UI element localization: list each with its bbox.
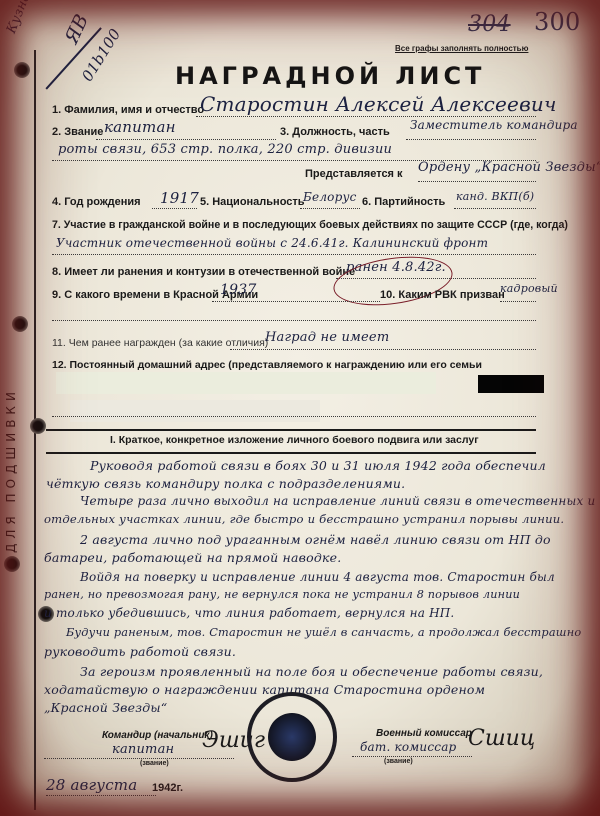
commander-rank: капитан — [112, 742, 174, 757]
nominated-label: Представляется к — [305, 168, 403, 180]
field-rvk-value: кадровый — [500, 282, 558, 295]
narrative-line: ходатайствую о награждении капитана Стар… — [44, 682, 485, 697]
narrative-line: 2 августа лично под ураганным огнём навё… — [80, 532, 551, 547]
narrative-line: Будучи раненым, тов. Старостин не ушёл в… — [66, 626, 581, 639]
blank-line — [52, 320, 536, 321]
narrative-line: отдельных участках линии, где быстро и б… — [44, 512, 564, 526]
field-rank-label: 2. Звание — [52, 126, 103, 138]
narrative-line: Войдя на поверку и исправление линии 4 а… — [80, 570, 555, 584]
punch-hole — [30, 418, 46, 434]
field-address-line — [52, 416, 536, 417]
punch-hole — [4, 556, 20, 572]
regiment-stamp — [247, 692, 337, 782]
field-civil-war-label: 7. Участие в гражданской войне и в после… — [52, 219, 568, 231]
section-divider-bottom — [46, 452, 536, 454]
commissar-label: Военный комиссар — [376, 728, 472, 739]
field-birth-year-value: 1917 — [160, 189, 199, 207]
commissar-rank-line — [352, 756, 472, 757]
fill-instruction: Все графы заполнять полностью — [395, 44, 528, 53]
commissar-signature: Сшиц — [468, 726, 535, 751]
commander-rank-line — [44, 758, 234, 759]
narrative-line: За героизм проявленный на поле боя и обе… — [80, 664, 543, 679]
field-position-label: 3. Должность, часть — [280, 126, 390, 138]
date-day-month: 28 августа — [46, 776, 137, 794]
address-erased-area-2 — [70, 400, 320, 422]
field-name-value: Старостин Алексей Алексеевич — [200, 92, 557, 116]
field-rvk-label: 10. Каким РВК призван — [380, 289, 505, 301]
field-rank-line — [96, 139, 276, 140]
section-heading: I. Краткое, конкретное изложение личного… — [110, 434, 479, 446]
field-address-label: 12. Постоянный домашний адрес (представл… — [52, 359, 482, 371]
field-nationality-label: 5. Национальность — [200, 196, 305, 208]
narrative-line: батареи, работающей на прямой наводке. — [44, 550, 341, 565]
narrative-line: и только убедившись, что линия работает,… — [44, 606, 454, 620]
narrative-line: Руководя работой связи в боях 30 и 31 ию… — [90, 458, 546, 473]
address-erased-area — [56, 372, 436, 394]
field-birth-year-label: 4. Год рождения — [52, 196, 141, 208]
narrative-line: чёткую связь командиру полка с подраздел… — [46, 476, 405, 491]
narrative-line: „Красной Звезды“ — [44, 700, 167, 715]
field-wounds-label: 8. Имеет ли ранения и контузии в отечест… — [52, 266, 355, 278]
field-party-value: канд. ВКП(б) — [456, 190, 534, 203]
field-party-line — [454, 208, 536, 209]
narrative-line: руководить работой связи. — [44, 644, 236, 659]
commissar-rank-caption: (звание) — [384, 758, 413, 765]
nominated-line — [418, 181, 536, 182]
field-nationality-line — [300, 208, 360, 209]
archive-mark-name: Кузнецова — [4, 0, 46, 36]
sheet-number: 300 — [534, 8, 580, 36]
field-prior-awards-line — [230, 349, 536, 350]
field-name-label: 1. Фамилия, имя и отчество — [52, 104, 204, 116]
address-redaction — [478, 375, 544, 393]
commander-label: Командир (начальник) — [102, 730, 213, 741]
field-position-line — [406, 139, 536, 140]
field-civil-war-value: Участник отечественной войны с 24.6.41г.… — [56, 236, 488, 250]
field-position-value-1: Заместитель командира — [410, 118, 578, 132]
section-divider-top — [46, 429, 536, 431]
field-prior-awards-value: Наград не имеет — [265, 330, 389, 345]
stamp-emblem — [268, 713, 316, 761]
field-rvk-line — [500, 301, 536, 302]
date-year: 1942г. — [152, 782, 183, 794]
field-army-since-value: 1937 — [220, 282, 256, 298]
field-nationality-value: Белорус — [303, 190, 357, 204]
field-rank-value: капитан — [104, 118, 176, 136]
field-prior-awards-label: 11. Чем ранее награжден (за какие отличи… — [52, 337, 268, 349]
nominated-value: Ордену „Красной Звезды“ — [418, 160, 600, 175]
date-line — [46, 795, 156, 796]
narrative-line: ранен, но превозмогая рану, не вернулся … — [44, 588, 520, 601]
field-name-line — [196, 116, 536, 117]
field-civil-war-line — [52, 254, 536, 255]
field-party-label: 6. Партийность — [362, 196, 445, 208]
award-sheet-document: Кузнецова ЯВ 01b100 304 300 Все графы за… — [0, 0, 600, 816]
side-label-binding: ДЛЯ ПОДШИВКИ — [4, 320, 34, 620]
field-position-value-2: роты связи, 653 стр. полка, 220 стр. див… — [58, 142, 392, 157]
punch-hole — [14, 62, 30, 78]
narrative-line: Четыре раза лично выходил на исправление… — [80, 494, 595, 508]
field-army-since-line — [212, 301, 380, 302]
document-title: НАГРАДНОЙ ЛИСТ — [175, 62, 485, 90]
commander-rank-caption: (звание) — [140, 760, 169, 767]
commissar-rank: бат. комиссар — [360, 740, 456, 754]
punch-hole — [12, 316, 28, 332]
field-birth-year-line — [152, 208, 197, 209]
sheet-number-crossed: 304 — [468, 12, 511, 37]
